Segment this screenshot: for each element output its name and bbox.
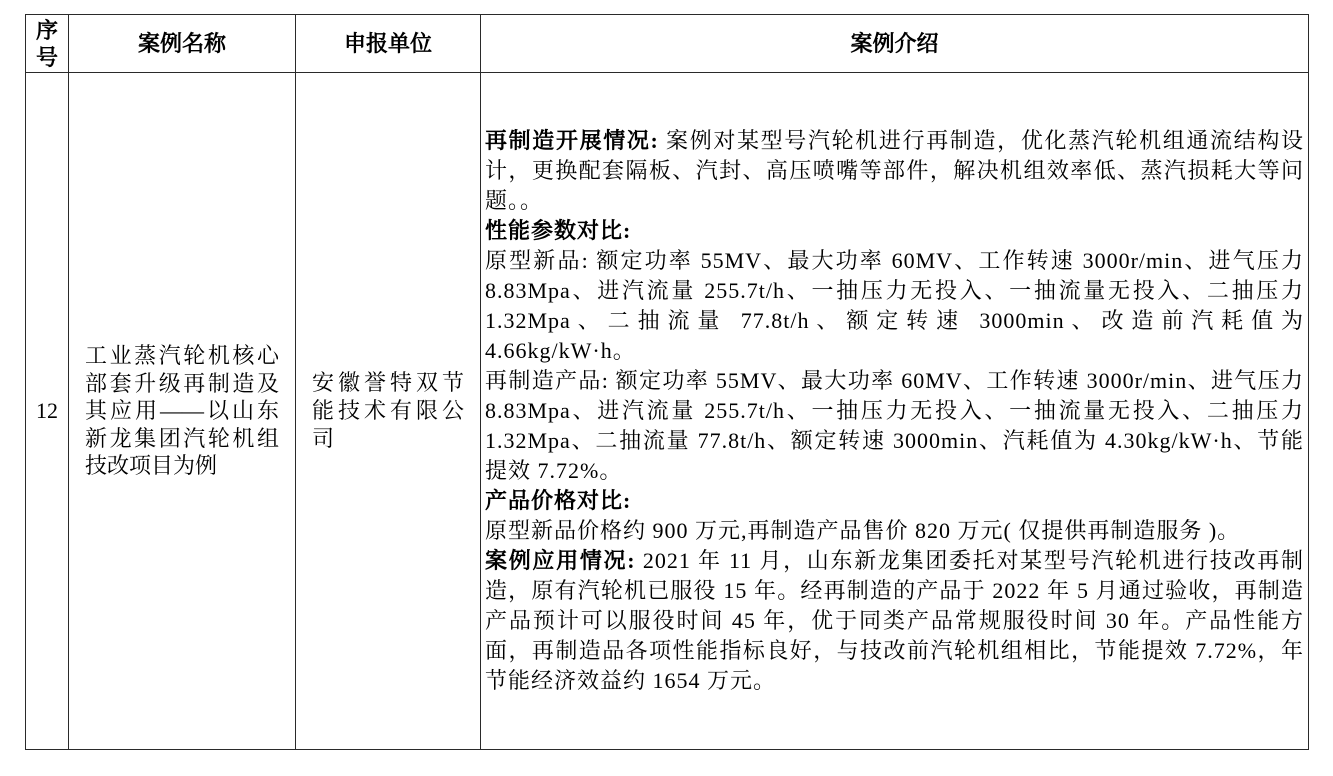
intro-section-label: 产品价格对比: bbox=[485, 488, 631, 513]
intro-paragraph-price-heading: 产品价格对比: bbox=[485, 486, 1304, 516]
intro-paragraph-performance-heading: 性能参数对比: bbox=[485, 216, 1304, 246]
header-case-introduction: 案例介绍 bbox=[481, 15, 1309, 73]
header-row: 序号 案例名称 申报单位 案例介绍 bbox=[26, 15, 1309, 73]
document-page: 序号 案例名称 申报单位 案例介绍 12 工业蒸汽轮机核心部套升级再制造及其应用… bbox=[0, 0, 1333, 776]
intro-section-text: 再制造产品: 额定功率 55MV、最大功率 60MV、工作转速 3000r/mi… bbox=[485, 368, 1304, 483]
header-declaring-unit: 申报单位 bbox=[296, 15, 481, 73]
intro-section-text: 原型新品价格约 900 万元,再制造产品售价 820 万元( 仅提供再制造服务 … bbox=[485, 518, 1240, 543]
intro-paragraph-application-status: 案例应用情况: 2021 年 11 月，山东新龙集团委托对某型号汽轮机进行技改再… bbox=[485, 546, 1304, 696]
intro-paragraph-remanufactured-product-specs: 再制造产品: 额定功率 55MV、最大功率 60MV、工作转速 3000r/mi… bbox=[485, 366, 1304, 486]
cell-case-introduction: 再制造开展情况: 案例对某型号汽轮机进行再制造，优化蒸汽轮机组通流结构设计，更换… bbox=[481, 73, 1309, 750]
intro-section-label: 案例应用情况: bbox=[485, 548, 636, 573]
intro-section-label: 再制造开展情况: bbox=[485, 128, 659, 153]
intro-paragraph-original-product-specs: 原型新品: 额定功率 55MV、最大功率 60MV、工作转速 3000r/min… bbox=[485, 246, 1304, 366]
header-serial-number: 序号 bbox=[26, 15, 69, 73]
table-row: 12 工业蒸汽轮机核心部套升级再制造及其应用——以山东新龙集团汽轮机组技改项目为… bbox=[26, 73, 1309, 750]
intro-paragraph-price-comparison: 原型新品价格约 900 万元,再制造产品售价 820 万元( 仅提供再制造服务 … bbox=[485, 516, 1304, 546]
header-case-name: 案例名称 bbox=[69, 15, 296, 73]
intro-section-text: 原型新品: 额定功率 55MV、最大功率 60MV、工作转速 3000r/min… bbox=[485, 248, 1304, 363]
intro-paragraph-remanufacturing-status: 再制造开展情况: 案例对某型号汽轮机进行再制造，优化蒸汽轮机组通流结构设计，更换… bbox=[485, 126, 1304, 216]
cell-case-name: 工业蒸汽轮机核心部套升级再制造及其应用——以山东新龙集团汽轮机组技改项目为例 bbox=[69, 73, 296, 750]
cell-serial-number: 12 bbox=[26, 73, 69, 750]
intro-section-label: 性能参数对比: bbox=[485, 218, 631, 243]
cases-table: 序号 案例名称 申报单位 案例介绍 12 工业蒸汽轮机核心部套升级再制造及其应用… bbox=[25, 14, 1309, 750]
cell-declaring-unit: 安徽誉特双节能技术有限公司 bbox=[296, 73, 481, 750]
